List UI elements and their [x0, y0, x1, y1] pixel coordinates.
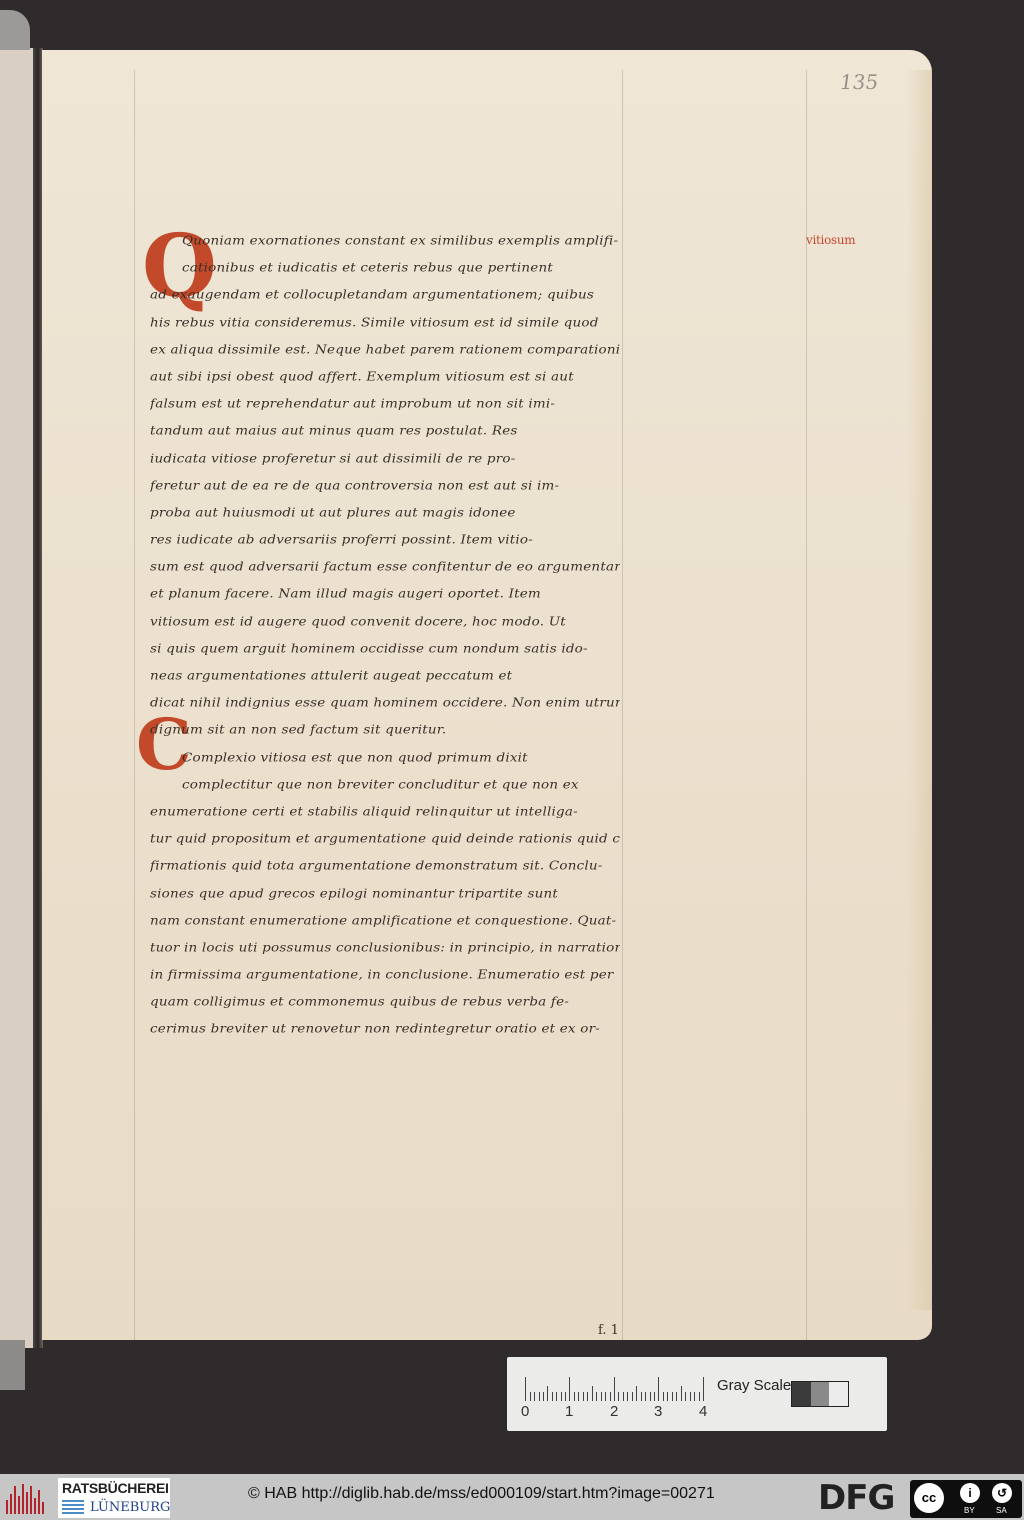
- copyright-link[interactable]: © HAB http://diglib.hab.de/mss/ed000109/…: [248, 1485, 715, 1503]
- facing-page-edge: [0, 48, 36, 1348]
- text-line: vitiosum est id augere quod convenit doc…: [150, 610, 620, 634]
- text-line: quam colligimus et commonemus quibus de …: [150, 991, 620, 1015]
- text-line: tuor in locis uti possumus conclusionibu…: [150, 936, 620, 960]
- book-icon: [62, 1500, 84, 1514]
- paragraph: Quoniam exornationes constant ex similib…: [150, 228, 620, 745]
- footer-bar: RATSBÜCHEREI LÜNEBURG © HAB http://digli…: [0, 1474, 1024, 1520]
- text-line: tur quid propositum et argumentatione qu…: [150, 827, 620, 851]
- text-line: firmationis quid tota argumentatione dem…: [150, 855, 620, 879]
- gray-scale-swatch: [791, 1381, 849, 1407]
- text-line: Complexio vitiosa est que non quod primu…: [150, 746, 620, 770]
- text-line: tandum aut maius aut minus quam res post…: [150, 420, 620, 444]
- text-line: si quis quem arguit hominem occidisse cu…: [150, 637, 620, 661]
- gray-scale-label: Gray Scale: [717, 1377, 791, 1394]
- text-line: nam constant enumeratione amplificatione…: [150, 909, 620, 933]
- ruler-label: 2: [610, 1403, 618, 1420]
- ruler-label: 4: [699, 1403, 707, 1420]
- license-sa-label: SA: [996, 1506, 1007, 1515]
- gray-swatch-mid: [811, 1382, 830, 1406]
- text-line: enumeratione certi et stabilis aliquid r…: [150, 800, 620, 824]
- folio-number: 135: [838, 70, 880, 94]
- text-line: proba aut huiusmodi ut aut plures aut ma…: [150, 501, 620, 525]
- color-calibration-card: 0 1 2 3 4 Gray Scale: [507, 1357, 887, 1431]
- license-badge[interactable]: cc i ↺ BY SA: [910, 1480, 1022, 1518]
- text-line: cationibus et iudicatis et ceteris rebus…: [150, 257, 620, 281]
- text-line: res iudicate ab adversariis proferri pos…: [150, 528, 620, 552]
- text-line: sum est quod adversarii factum esse conf…: [150, 556, 620, 580]
- facing-page-corner-bottom: [0, 1340, 25, 1390]
- dfg-logo[interactable]: DFG: [818, 1478, 894, 1518]
- manuscript-text: Quoniam exornationes constant ex similib…: [150, 228, 620, 1044]
- library-name-top: RATSBÜCHEREI: [62, 1480, 169, 1496]
- text-line: cerimus breviter ut renovetur non redint…: [150, 1018, 620, 1042]
- text-line: ad exaugendam et collocupletandam argume…: [150, 284, 620, 308]
- text-line: neas argumentationes attulerit augeat pe…: [150, 664, 620, 688]
- marginal-note: vitiosum: [806, 233, 855, 247]
- ruler-label: 1: [565, 1403, 573, 1420]
- license-by-label: BY: [964, 1506, 975, 1515]
- sa-icon: ↺: [992, 1483, 1012, 1503]
- library-logo[interactable]: RATSBÜCHEREI LÜNEBURG: [58, 1478, 170, 1518]
- paragraph: Complexio vitiosa est que non quod primu…: [150, 745, 620, 1044]
- signature-mark: f. 1: [598, 1323, 619, 1338]
- text-line: falsum est ut reprehendatur aut improbum…: [150, 392, 620, 416]
- page-edge-shading: [906, 70, 932, 1310]
- cc-icon: cc: [914, 1483, 944, 1513]
- text-line: in firmissima argumentatione, in conclus…: [150, 963, 620, 987]
- ruling-line-left: [134, 70, 135, 1340]
- ruling-line-margin: [806, 70, 807, 1340]
- ruling-line-right: [622, 70, 623, 1340]
- text-line: Quoniam exornationes constant ex similib…: [150, 229, 620, 253]
- text-line: ex aliqua dissimile est. Neque habet par…: [150, 338, 620, 362]
- text-line: siones que apud grecos epilogi nominantu…: [150, 882, 620, 906]
- ruler-scale: [525, 1377, 705, 1401]
- text-line: et planum facere. Nam illud magis augeri…: [150, 583, 620, 607]
- text-line: aut sibi ipsi obest quod affert. Exemplu…: [150, 365, 620, 389]
- text-line: complectitur que non breviter concluditu…: [150, 773, 620, 797]
- gray-swatch-light: [829, 1382, 848, 1406]
- text-line: dicat nihil indignius esse quam hominem …: [150, 692, 620, 716]
- by-icon: i: [960, 1483, 980, 1503]
- ruler-label: 0: [521, 1403, 529, 1420]
- gray-swatch-dark: [792, 1382, 811, 1406]
- library-emblem-icon: [6, 1482, 46, 1514]
- text-line: iudicata vitiose proferetur si aut dissi…: [150, 447, 620, 471]
- text-line: his rebus vitia consideremus. Simile vit…: [150, 311, 620, 335]
- ruler-label: 3: [654, 1403, 662, 1420]
- library-name-bottom: LÜNEBURG: [90, 1500, 170, 1515]
- text-line: dignum sit an non sed factum sit queritu…: [150, 719, 620, 743]
- text-line: feretur aut de ea re de qua controversia…: [150, 474, 620, 498]
